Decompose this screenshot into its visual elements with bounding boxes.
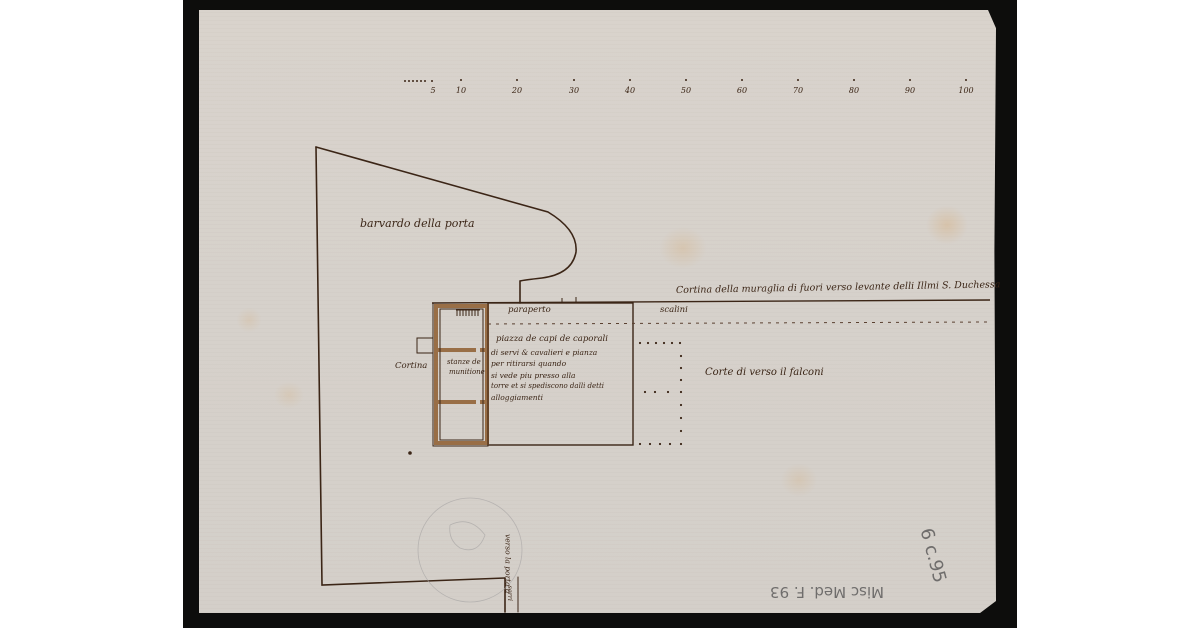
scale-label: 100 <box>958 86 973 95</box>
piazza-line: piazza de capi de caporali <box>496 335 634 344</box>
scale-label: 40 <box>625 86 635 95</box>
yard-label: Corte di verso il falconi <box>705 368 824 378</box>
document-viewer: 5 10 20 30 40 50 60 70 80 90 100 barvard… <box>0 0 1200 628</box>
scale-label: 20 <box>512 86 522 95</box>
scale-label: 60 <box>737 86 747 95</box>
piazza-description: piazza de capi de caporali di servi & ca… <box>496 335 634 402</box>
rooms-label-line2: munitione <box>449 369 485 376</box>
steps-label: scalini <box>660 306 688 315</box>
scale-label: 10 <box>456 86 466 95</box>
bottom-vertical-note-2: serri <box>506 586 513 601</box>
scale-label: 80 <box>849 86 859 95</box>
piazza-line: di servi & cavalieri e pianza <box>491 349 629 357</box>
scale-label: 30 <box>569 86 579 95</box>
courtyard-label: barvardo della porta <box>360 218 475 229</box>
parapet-label: paraperto <box>508 306 551 315</box>
rooms-label-line1: stanze de <box>447 359 481 366</box>
scale-label: 5 <box>430 86 435 95</box>
shelfmark: Misc Med. F. 93 <box>770 583 884 601</box>
corridor-label: Cortina <box>395 362 427 371</box>
piazza-line: torre et si spediscono dalli detti <box>491 383 629 390</box>
scale-label: 90 <box>905 86 915 95</box>
piazza-line: per ritirarsi quando <box>491 360 629 368</box>
piazza-line: si vede piu presso alla <box>491 372 629 380</box>
scale-label: 70 <box>793 86 803 95</box>
manuscript-sheet <box>199 10 996 613</box>
piazza-line: alloggiamenti <box>491 394 629 402</box>
scale-label: 50 <box>681 86 691 95</box>
